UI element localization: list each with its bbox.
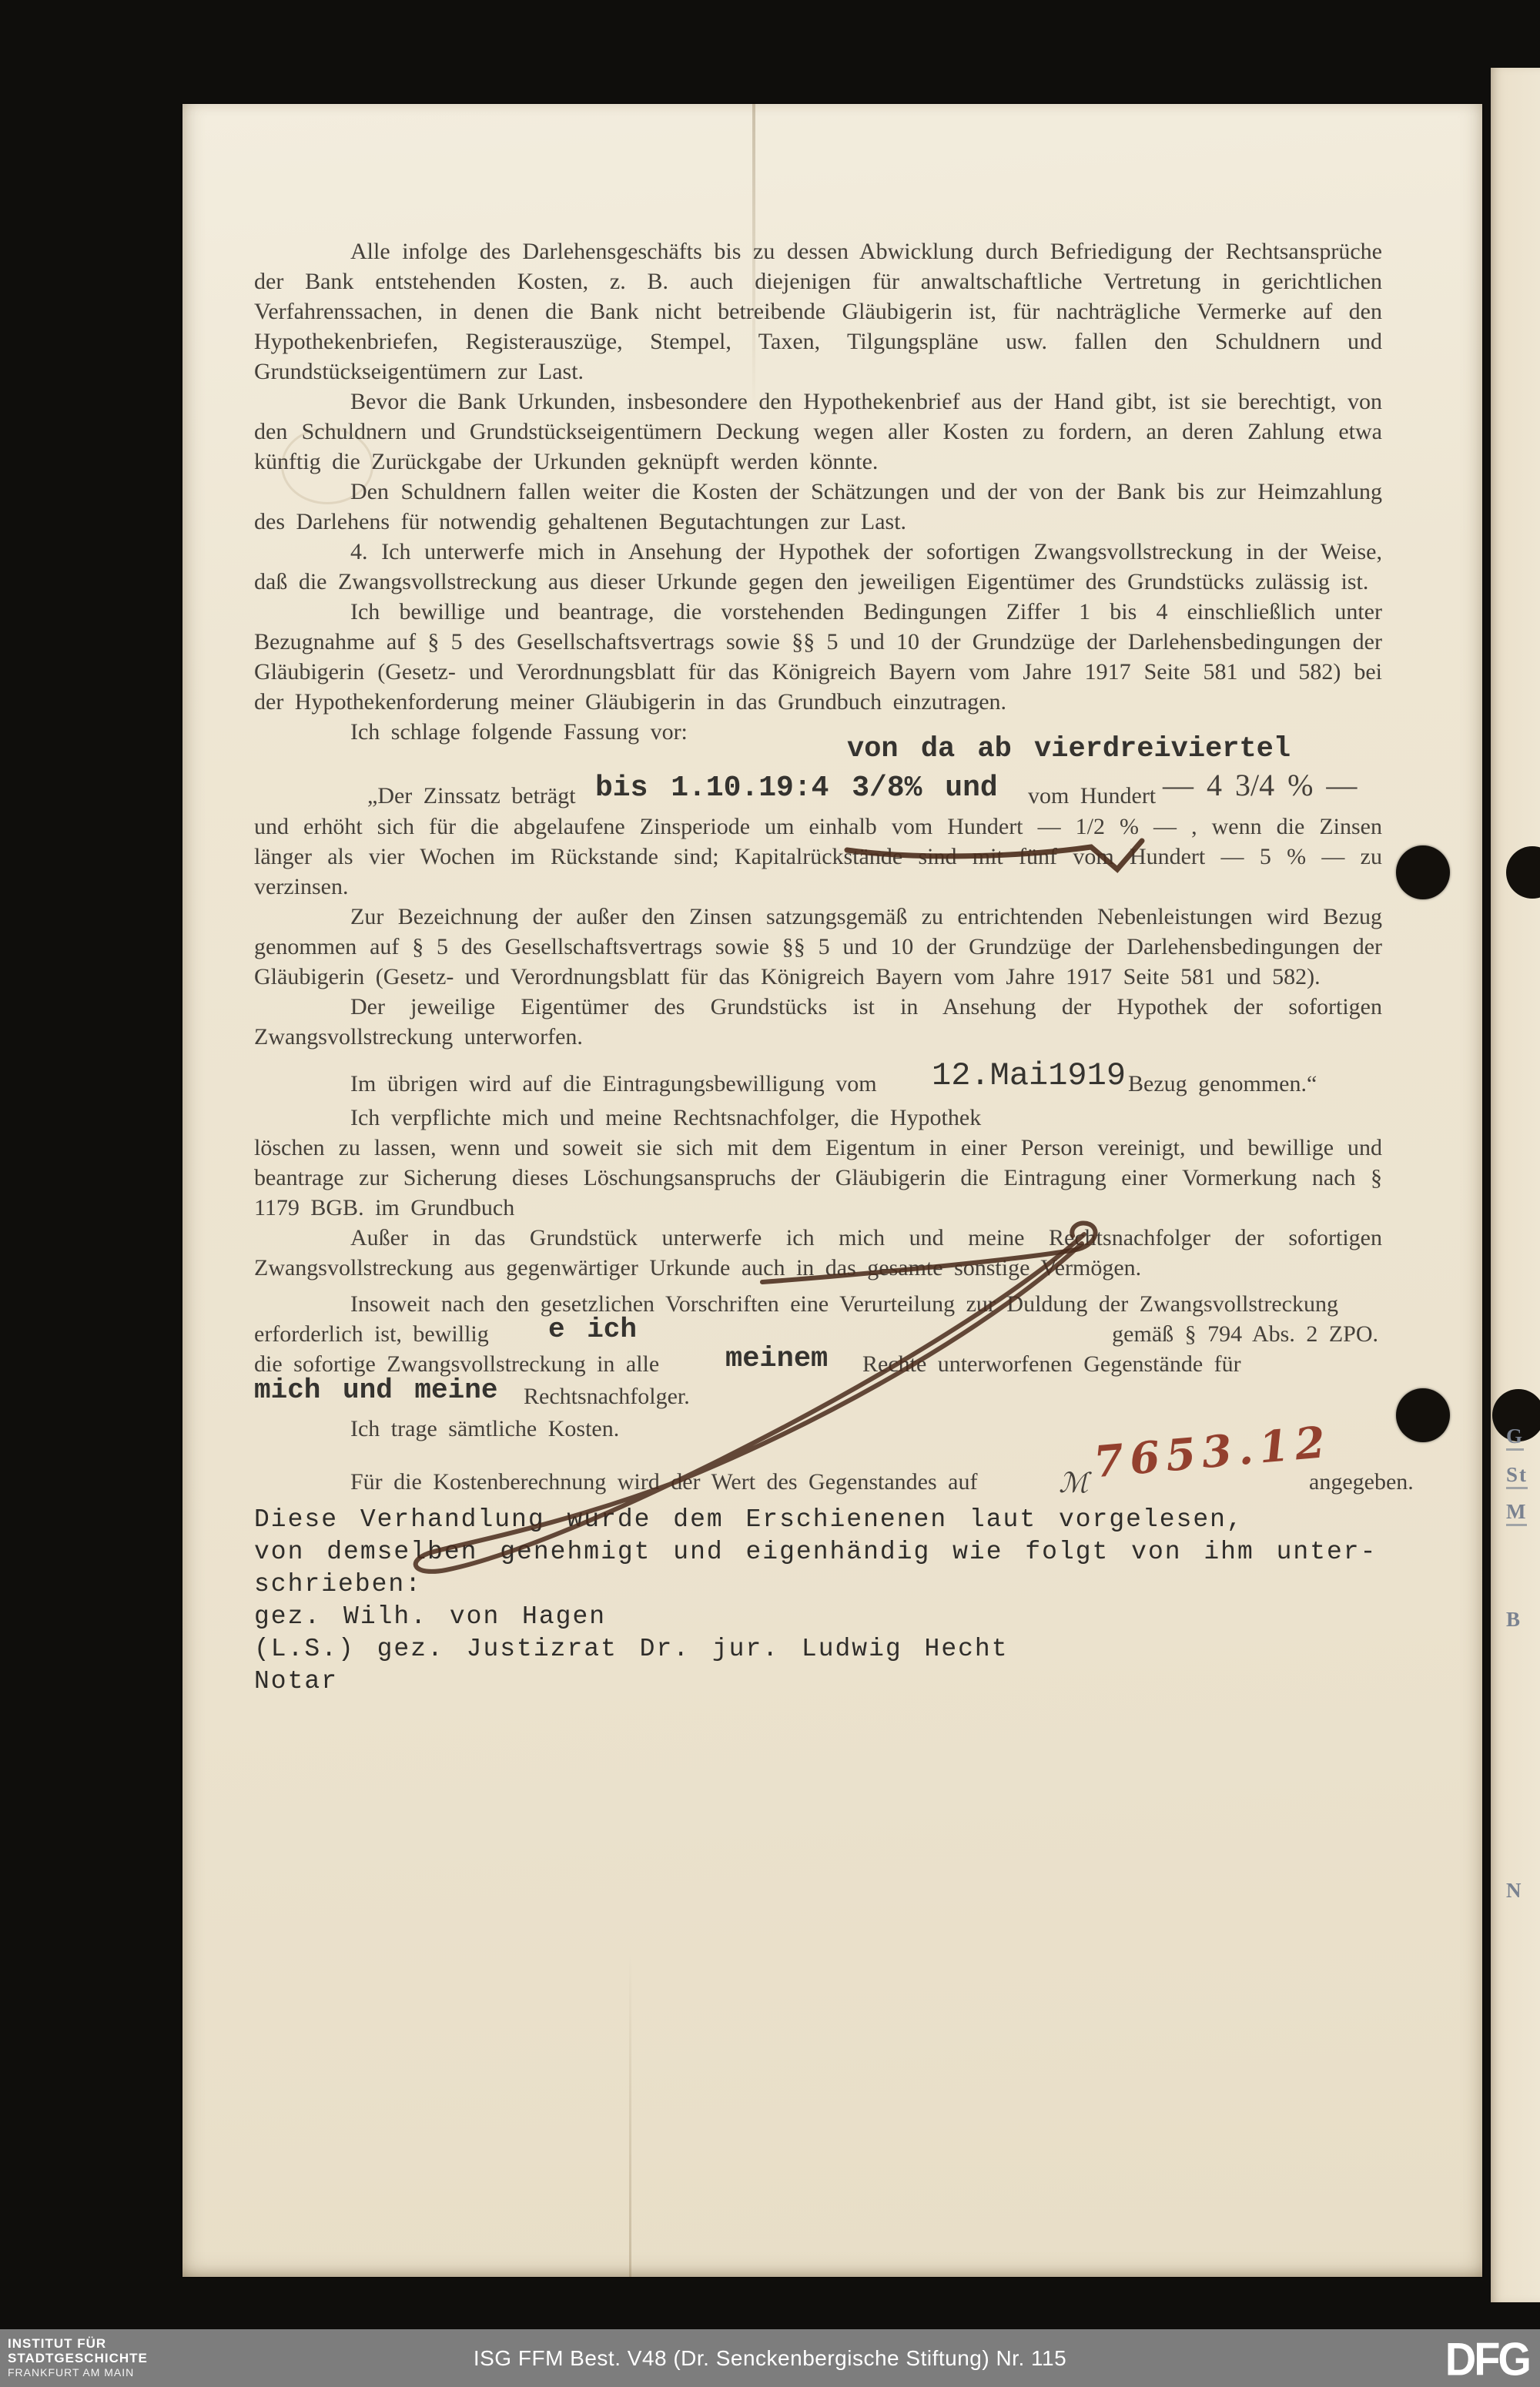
punch-hole-bottom [1396,1388,1450,1442]
archive-reference: ISG FFM Best. V48 (Dr. Senckenbergische … [0,2346,1540,2371]
document-page: Alle infolge des Darlehensgeschäfts bis … [182,104,1482,2277]
paragraph-loeschen: löschen zu lassen, wenn und soweit sie s… [254,1133,1382,1223]
next-page-edge: G St M B N [1491,68,1540,2302]
handwritten-amount: 7653.12 [1093,1428,1333,1478]
zinssatz-vom-hundert: vom Hundert [1028,781,1156,811]
paper-crease-bottom [629,1952,631,2277]
paragraph-schuldner: Den Schuldnern fallen weiter die Kosten … [254,477,1382,537]
zinssatz-open: „Der Zinssatz beträgt [367,781,576,811]
mark-currency-symbol: ℳ [1059,1468,1089,1498]
paragraph-costs: Alle infolge des Darlehensgeschäfts bis … [254,236,1382,387]
archive-scan-viewer: { "colors": { "background": "#0f0e0c", "… [0,0,1540,2387]
paragraph-eigentuemer: Der jeweilige Eigentümer des Grundstücks… [254,992,1382,1052]
wert-pre: Für die Kostenberechnung wird der Wert d… [350,1467,977,1497]
insoweit-line4: Rechtsnachfolger. [524,1381,690,1411]
scan-stage: Alle infolge des Darlehensgeschäfts bis … [0,0,1540,2387]
typed-insert-e-ich: e ich [548,1314,637,1344]
typed-closing-line2: von demselben genehmigt und eigenhändig … [254,1536,1382,1568]
eintragungsbewilligung-line: Im übrigen wird auf die Eintragungsbewil… [254,1063,1382,1103]
insoweit-zpo: gemäß § 794 Abs. 2 ZPO. [1112,1319,1378,1349]
insoweit-line2a: erforderlich ist, bewillig [254,1319,489,1349]
paragraph-nebenleistungen: Zur Bezeichnung der außer den Zinsen sat… [254,902,1382,992]
insoweit-line1: Insoweit nach den gesetzlichen Vorschrif… [350,1289,1338,1319]
paragraph-bevor: Bevor die Bank Urkunden, insbesondere de… [254,387,1382,477]
paragraph-ausser: Außer in das Grundstück unterwerfe ich m… [254,1223,1382,1283]
punch-hole-strip-top [1506,846,1540,899]
cutoff-text-fragment: St [1506,1463,1528,1489]
cutoff-text-fragment: B [1506,1608,1522,1632]
im-uebrigen-pre: Im übrigen wird auf die Eintragungsbewil… [350,1069,877,1099]
paragraph-ziffer4: 4. Ich unterwerfe mich in Ansehung der H… [254,537,1382,597]
zinssatz-rate: — 4 3/4 % — [1163,770,1357,800]
object-value-line: Für die Kostenberechnung wird der Wert d… [254,1455,1382,1504]
signature-notar-title: Notar [254,1666,1382,1698]
insoweit-line3b: Rechte unterworfenen Gegenstände für [862,1349,1241,1379]
cutoff-text-fragment: N [1506,1879,1523,1903]
dfg-logo: DFG [1445,2332,1529,2385]
typed-insert-mich-und-meine: mich und meine [254,1375,497,1405]
typed-closing-line3: schrieben: [254,1568,1382,1601]
paragraph-bewillige: Ich bewillige und beantrage, die vorsteh… [254,597,1382,717]
typed-insert-date: 12.Mai1919 [932,1061,1126,1091]
zinssatz-rest: und erhöht sich für die abgelaufene Zins… [254,812,1382,902]
signature-von-hagen: gez. Wilh. von Hagen [254,1601,1382,1633]
typed-closing-line1: Diese Verhandlung wurde dem Erschienenen… [254,1504,1382,1536]
paragraph-verpflichte: Ich verpflichte mich und meine Rechtsnac… [254,1103,1382,1133]
cutoff-text-fragment: M [1506,1500,1527,1526]
wert-post: angegeben. [1309,1467,1414,1497]
cutoff-text-fragment: G [1506,1424,1524,1451]
document-text: Alle infolge des Darlehensgeschäfts bis … [254,104,1382,1698]
typed-insert-interest: von da ab vierdreiviertel [847,735,1291,765]
typed-insert-until: bis 1.10.19:4 3/8% und [595,773,998,803]
im-uebrigen-post: Bezug genommen.“ [1128,1069,1317,1099]
insoweit-clause: Insoweit nach den gesetzlichen Vorschrif… [254,1289,1382,1414]
archive-caption-bar: INSTITUT FÜR STADTGESCHICHTE FRANKFURT A… [0,2329,1540,2387]
interest-rate-clause: von da ab vierdreiviertel „Der Zinssatz … [254,747,1382,902]
punch-hole-top [1396,845,1450,899]
signature-notary-hecht: (L.S.) gez. Justizrat Dr. jur. Ludwig He… [254,1633,1382,1666]
typed-insert-meinem: meinem [725,1344,828,1374]
